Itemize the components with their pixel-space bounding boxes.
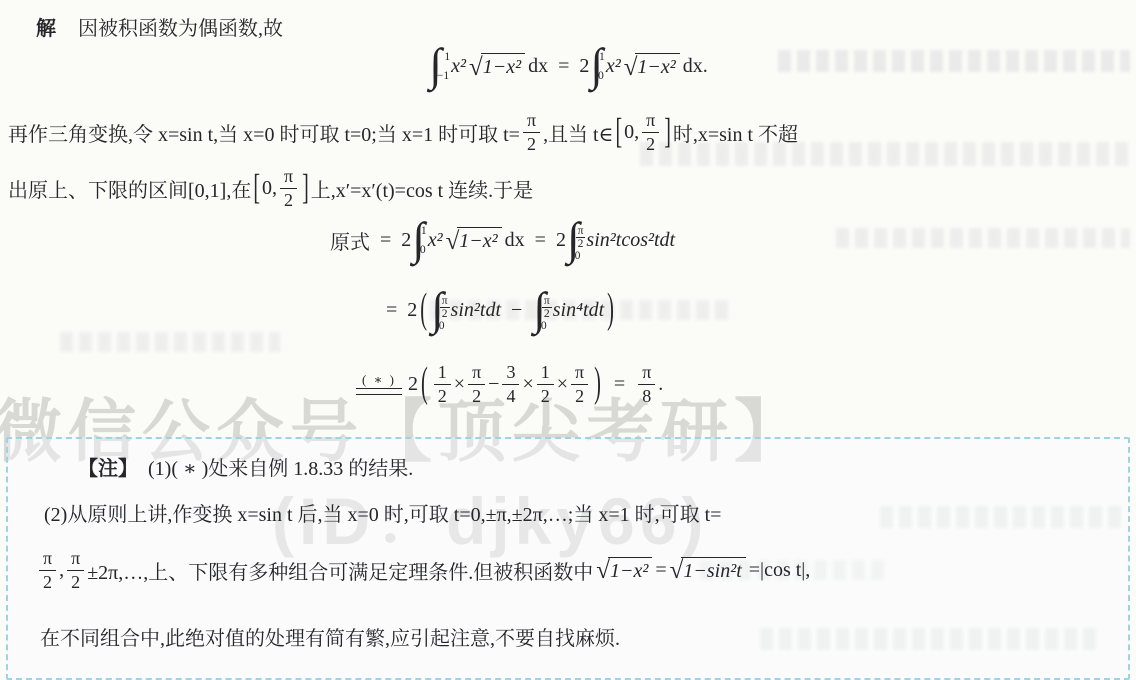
fraction-numerator: π	[39, 548, 56, 571]
fraction-numerator: π	[642, 110, 659, 133]
fraction-denominator: 2	[438, 385, 447, 407]
integrand-sin2: sin²tdt	[451, 299, 501, 322]
times-sign: ×	[454, 373, 465, 396]
square-root: √1−x²	[446, 227, 502, 253]
equals-sign: =	[535, 229, 546, 252]
integrand-x-squared: x²	[451, 55, 466, 78]
square-root: √1−sin²t	[670, 557, 746, 583]
radicand: 1−x²	[457, 227, 501, 253]
integral: ∫π20	[567, 222, 585, 259]
right-bracket: ]	[664, 111, 671, 152]
derivation-line2: = 2 ( ∫π20 sin²tdt − ∫π20 sin⁴tdt )	[386, 292, 617, 329]
star-equals: ( ∗ )	[356, 373, 402, 395]
differential: dx.	[683, 55, 708, 78]
equals-sign: =	[380, 229, 391, 252]
note-text: ,	[59, 559, 64, 582]
integrand-sin4: sin⁴tdt	[553, 299, 604, 322]
fraction-1-2: 12	[537, 362, 554, 406]
fraction-numerator: π	[280, 166, 297, 189]
integrand-x-squared: x²	[606, 55, 621, 78]
fraction-numerator: π	[638, 362, 655, 385]
fraction-pi-over-2: π2	[523, 110, 540, 154]
note-line1: 【注】 (1)( ∗ )处来自例 1.8.33 的结果.	[78, 452, 413, 481]
text-segment: 再作三角变换,令 x=sin t,当 x=0 时可取 t=0;当 x=1 时可取…	[8, 118, 520, 147]
paragraph-substitution-line1: 再作三角变换,令 x=sin t,当 x=0 时可取 t=0;当 x=1 时可取…	[8, 110, 798, 154]
fraction-pi-2: π2	[571, 362, 588, 406]
fraction-pi-2: π2	[67, 548, 84, 592]
minus-sign: −	[488, 373, 499, 396]
note-line4: 在不同组合中,此绝对值的处理有简有繁,应引起注意,不要自找麻烦.	[40, 622, 620, 651]
text-segment: ,且当 t∈	[543, 118, 613, 147]
derivation-line1: 原式 = 2 ∫10 x² √1−x² dx = 2 ∫π20 sin²tcos…	[330, 222, 675, 259]
fraction-denominator: 2	[284, 189, 293, 211]
fraction-denominator: 2	[43, 571, 52, 593]
minus-sign: −	[511, 299, 522, 322]
note-text: 在不同组合中,此绝对值的处理有简有繁,应引起注意,不要自找麻烦.	[40, 622, 620, 651]
times-sign: ×	[522, 373, 533, 396]
fraction-denominator: 2	[575, 385, 584, 407]
bleed-through-artifact	[836, 228, 1130, 248]
note-label: 【注】	[78, 452, 138, 481]
integrand-sin2-cos2: sin²tcos²tdt	[586, 229, 675, 252]
fraction-denominator: 2	[646, 133, 655, 155]
integral-lower-limit: 0	[575, 250, 581, 262]
solution-intro-text: 因被积函数为偶函数,故	[78, 12, 283, 41]
fraction-pi-over-2: π2	[642, 110, 659, 154]
integral: ∫10	[590, 48, 604, 85]
fraction-numerator: π	[468, 362, 485, 385]
coefficient-2: 2	[556, 229, 566, 252]
integral: ∫π20	[431, 292, 449, 329]
fraction-denominator: 2	[527, 133, 536, 155]
radicand: 1−x²	[635, 53, 679, 79]
solution-label: 解	[36, 12, 56, 41]
text-segment: 出原上、下限的区间[0,1],在	[8, 174, 251, 203]
integral-lower-limit: 0	[420, 244, 426, 256]
integral: ∫10	[412, 222, 426, 259]
star-annotation: ( ∗ )	[362, 373, 396, 386]
fraction-denominator: 8	[642, 385, 651, 407]
note-text: (2)从原则上讲,作变换 x=sin t 后,当 x=0 时,可取 t=0,±π…	[44, 498, 721, 527]
differential: dx	[528, 55, 548, 78]
fraction-numerator: 1	[537, 362, 554, 385]
derivation-line3: ( ∗ ) 2 ( 12 × π2 − 34 × 12 × π2 ) = π8 …	[350, 362, 663, 406]
equals-sign: =	[655, 559, 666, 582]
times-sign: ×	[557, 373, 568, 396]
left-paren: (	[420, 287, 427, 334]
note-text: (1)( ∗ )处来自例 1.8.33 的结果.	[148, 452, 413, 481]
integral: ∫1−1	[429, 48, 450, 85]
fraction-1-2: 12	[434, 362, 451, 406]
differential: dx	[505, 229, 525, 252]
note-text: ±2π,…,上、下限有多种组合可满足定理条件.但被积函数中	[87, 556, 593, 585]
period: .	[658, 373, 663, 396]
text-segment: 上,x′=x′(t)=cos t 连续.于是	[311, 174, 533, 203]
radicand: 1−x²	[608, 557, 652, 583]
radicand: 1−sin²t	[681, 557, 745, 583]
original-expression-label: 原式	[330, 226, 370, 255]
fraction-numerator: π	[67, 548, 84, 571]
integrand-x-squared: x²	[428, 229, 443, 252]
integral: ∫π20	[533, 292, 551, 329]
fraction-numerator: π	[571, 362, 588, 385]
integral-lower-limit: −1	[437, 70, 449, 82]
integral-upper-limit: 1	[444, 51, 450, 63]
fraction-pi-8: π8	[638, 362, 655, 406]
left-bracket: [	[615, 111, 622, 152]
fraction-pi-2: π2	[39, 548, 56, 592]
integral-lower-limit: 0	[541, 320, 547, 332]
text-segment: 0,	[624, 121, 639, 144]
radicand: 1−x²	[481, 53, 525, 79]
fraction-denominator: 2	[71, 571, 80, 593]
text-segment: 时,x=sin t 不超	[673, 118, 798, 147]
square-root: √1−x²	[624, 53, 680, 79]
right-paren: )	[594, 361, 601, 408]
right-paren: )	[607, 287, 614, 334]
equation-even-function: ∫1−1 x² √1−x² dx = 2 ∫10 x² √1−x² dx.	[0, 48, 1136, 85]
note-text: =|cos t|,	[749, 559, 811, 582]
square-root: √1−x²	[469, 53, 525, 79]
equals-sign: =	[614, 373, 625, 396]
note-line3: π2 , π2 ±2π,…,上、下限有多种组合可满足定理条件.但被积函数中 √1…	[36, 548, 810, 592]
fraction-numerator: 1	[434, 362, 451, 385]
right-bracket: ]	[302, 167, 309, 208]
coefficient-2: 2	[407, 299, 417, 322]
left-paren: (	[421, 361, 428, 408]
integral-lower-limit: 0	[598, 70, 604, 82]
bleed-through-artifact	[60, 332, 280, 352]
coefficient-2: 2	[579, 55, 589, 78]
coefficient-2: 2	[408, 373, 418, 396]
fraction-3-4: 34	[502, 362, 519, 406]
integral-lower-limit: 0	[439, 320, 445, 332]
fraction-denominator: 2	[541, 385, 550, 407]
fraction-pi-over-2: π2	[280, 166, 297, 210]
textbook-page: 微信公众号【顶尖考研】 (ID：djky66) 解因被积函数为偶函数,故 ∫1−…	[0, 0, 1136, 680]
fraction-numerator: 3	[502, 362, 519, 385]
left-bracket: [	[253, 167, 260, 208]
fraction-numerator: π	[523, 110, 540, 133]
text-segment: 0,	[262, 177, 277, 200]
paragraph-substitution-line2: 出原上、下限的区间[0,1],在 [ 0, π2 ] 上,x′=x′(t)=co…	[8, 166, 533, 210]
fraction-pi-2: π2	[468, 362, 485, 406]
coefficient-2: 2	[401, 229, 411, 252]
equals-sign: =	[386, 299, 397, 322]
double-rule	[356, 388, 402, 395]
fraction-denominator: 4	[506, 385, 515, 407]
solution-intro-line: 解因被积函数为偶函数,故	[36, 12, 283, 41]
square-root: √1−x²	[596, 557, 652, 583]
equals-sign: =	[558, 55, 569, 78]
fraction-denominator: 2	[472, 385, 481, 407]
note-line2: (2)从原则上讲,作变换 x=sin t 后,当 x=0 时,可取 t=0,±π…	[44, 498, 721, 527]
